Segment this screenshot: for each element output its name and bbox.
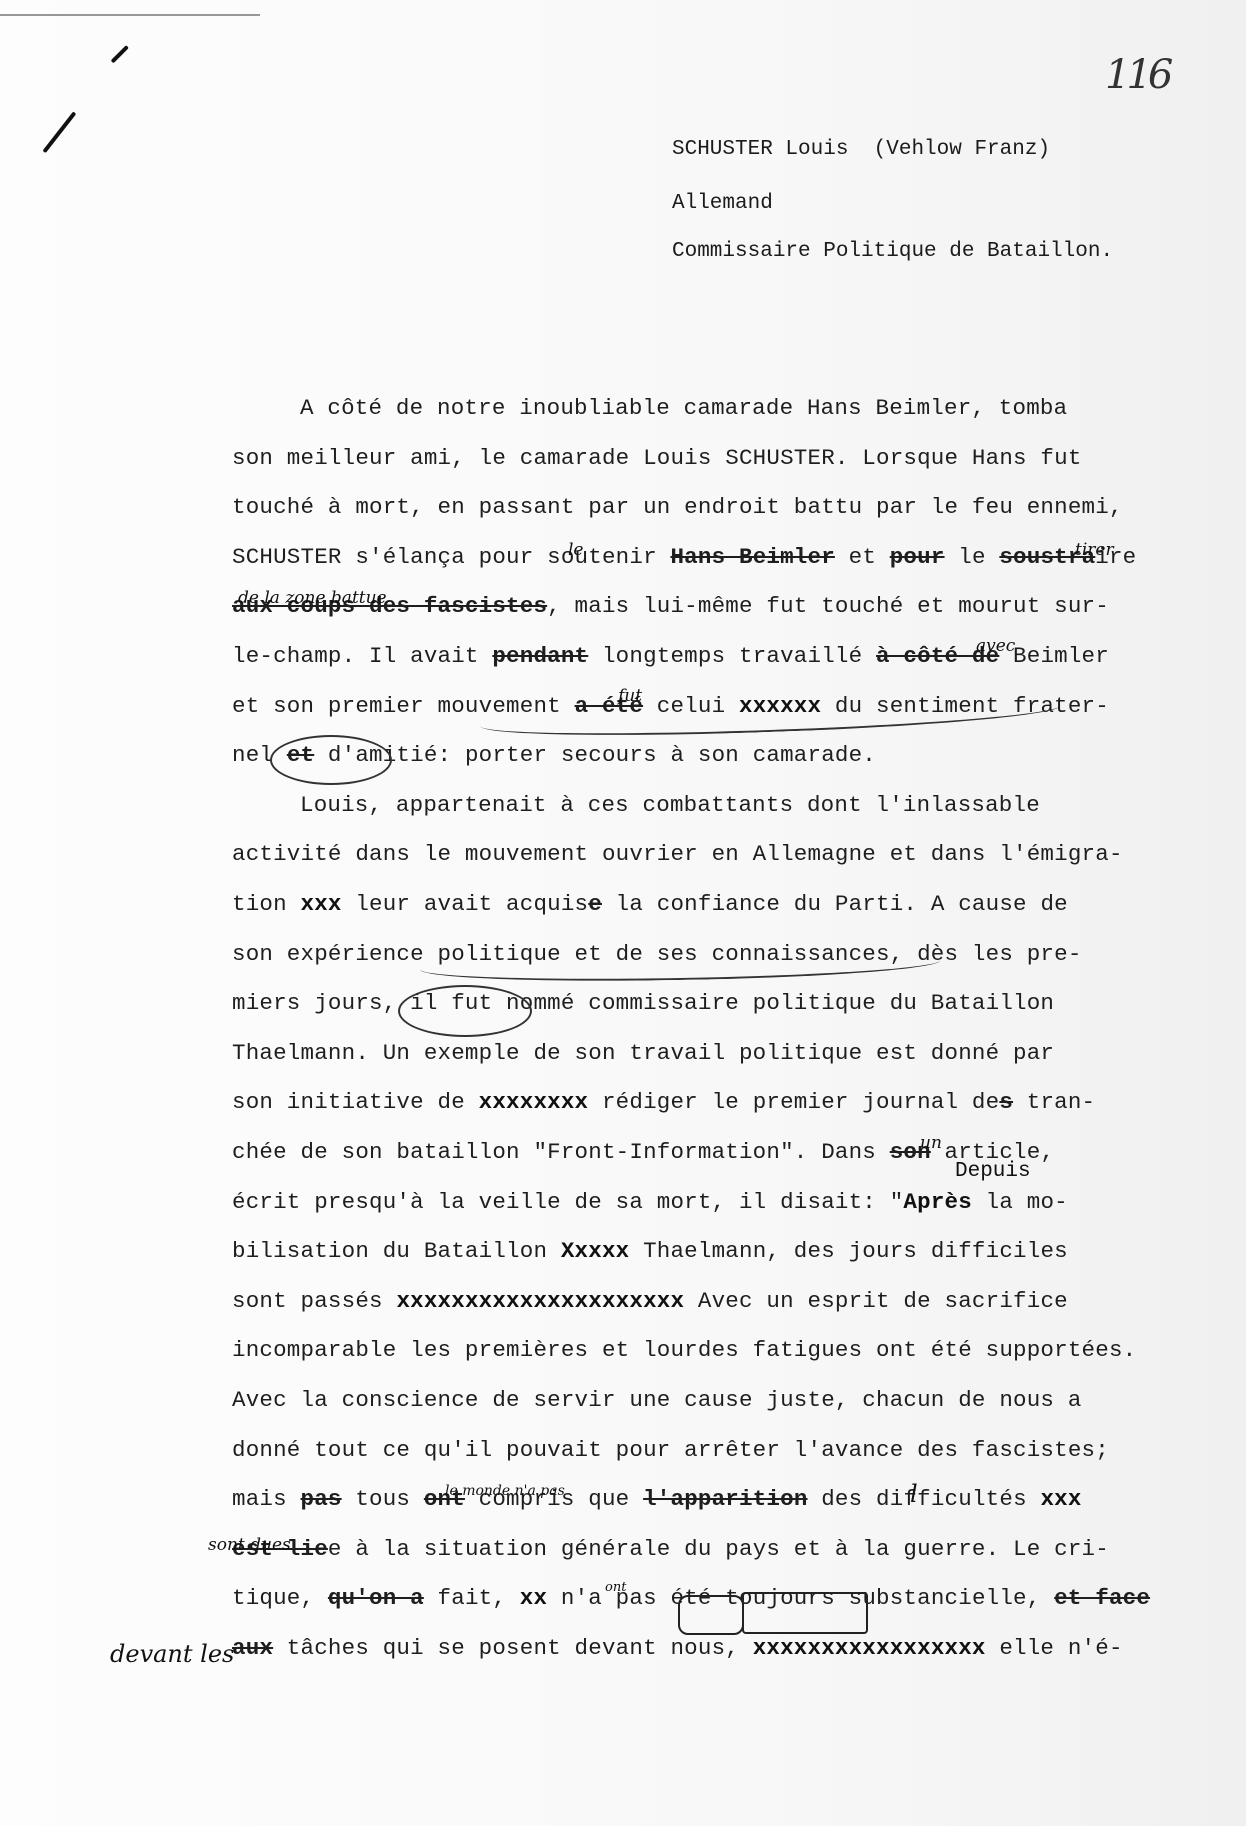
typed-text: Beimler — [999, 643, 1109, 669]
typed-text: longtemps travaillé — [588, 643, 876, 669]
typed-over-text: Après — [903, 1189, 972, 1215]
typed-text: e à la situation générale du pays et à l… — [328, 1536, 1109, 1562]
annotation-sont-dues: sont dues — [208, 1535, 291, 1555]
typed-text: incomparable les premières et lourdes fa… — [232, 1337, 1136, 1363]
typed-text: miers jours, il fut nommé commissaire po… — [232, 990, 1054, 1016]
annotation-le-monde-n-a-pas: le monde n'a pas — [445, 1483, 565, 1499]
typed-text: activité dans le mouvement ouvrier en Al… — [232, 841, 1123, 867]
body-line: son initiative de xxxxxxxx rédiger le pr… — [232, 1089, 1095, 1115]
box-toujours — [742, 1592, 868, 1634]
annotation-tirer: tirer — [1075, 540, 1114, 560]
typed-over-text: xx — [520, 1585, 547, 1611]
annotation-l: l — [910, 1480, 918, 1508]
body-line: sont passés xxxxxxxxxxxxxxxxxxxxx Avec u… — [232, 1288, 1068, 1314]
typed-over-text: xxxxxxxxxxxxxxxxxxxxx — [396, 1288, 684, 1314]
annotation-avec: avec — [976, 636, 1015, 656]
struck-text: Hans Beimler — [670, 544, 834, 570]
body-line: mais pas tous ont compris que l'appariti… — [232, 1486, 1082, 1512]
struck-text: pour — [890, 544, 945, 570]
body-line: écrit presqu'à la veille de sa mort, il … — [232, 1189, 1068, 1215]
typed-text: son initiative de — [232, 1089, 479, 1115]
typed-text: Thaelmann, des jours difficiles — [629, 1238, 1067, 1264]
annotation-le: le — [568, 540, 584, 560]
typed-text: bilisation du Bataillon — [232, 1238, 561, 1264]
page-number: 116 — [1105, 52, 1169, 98]
typed-text: tran- — [1013, 1089, 1095, 1115]
body-line: bilisation du Bataillon Xxxxx Thaelmann,… — [232, 1238, 1068, 1264]
annotation-de-la-zone-battue: de la zone battue — [238, 588, 387, 608]
annotation-fut: fut — [618, 686, 642, 706]
body-line: Thaelmann. Un exemple de son travail pol… — [232, 1040, 1054, 1066]
circle-d-amitie — [270, 735, 392, 785]
typed-text: Thaelmann. Un exemple de son travail pol… — [232, 1040, 1054, 1066]
typed-text: tique, — [232, 1585, 328, 1611]
body-line: SCHUSTER s'élança pour soutenir Hans Bei… — [232, 544, 1136, 570]
annotation-ont: ont — [605, 1580, 626, 1595]
body-line: activité dans le mouvement ouvrier en Al… — [232, 841, 1123, 867]
typed-text: la confiance du Parti. A cause de — [602, 891, 1068, 917]
typed-text: des difficultés — [808, 1486, 1041, 1512]
typed-text: Avec la conscience de servir une cause j… — [232, 1387, 1082, 1413]
typed-text: A côté de notre inoubliable camarade Han… — [300, 395, 1067, 421]
typed-text: la mo- — [972, 1189, 1068, 1215]
struck-text: pendant — [492, 643, 588, 669]
typed-text: elle n'é- — [986, 1635, 1123, 1661]
body-line: miers jours, il fut nommé commissaire po… — [232, 990, 1054, 1016]
annotation-devant-les: devant les — [110, 1640, 234, 1668]
typed-text: leur avait acquis — [342, 891, 589, 917]
typed-text: d'amitié: porter secours à son camarade. — [314, 742, 876, 768]
typed-text: donné tout ce qu'il pouvait pour arrêter… — [232, 1437, 1109, 1463]
typed-text: , mais lui-même fut touché et mourut sur… — [547, 593, 1109, 619]
body-line: incomparable les premières et lourdes fa… — [232, 1337, 1136, 1363]
typed-text: sont passés — [232, 1288, 396, 1314]
body-line: Avec la conscience de servir une cause j… — [232, 1387, 1082, 1413]
typed-text: écrit presqu'à la veille de sa mort, il … — [232, 1189, 903, 1215]
scan-edge-line — [0, 14, 260, 16]
typed-text: rédiger le premier journal de — [588, 1089, 999, 1115]
typed-text: et — [835, 544, 890, 570]
typed-text: tous — [342, 1486, 424, 1512]
body-line: son meilleur ami, le camarade Louis SCHU… — [232, 445, 1082, 471]
typed-text: touché à mort, en passant par un endroit… — [232, 494, 1123, 520]
struck-text: et face — [1054, 1585, 1150, 1611]
struck-text: e — [588, 891, 602, 917]
typed-text: tâches qui se posent devant nous, — [273, 1635, 753, 1661]
body-line: Louis, appartenait à ces combattants don… — [300, 792, 1040, 818]
struck-text: s — [999, 1089, 1013, 1115]
typed-over-text: xxx — [1040, 1486, 1081, 1512]
heading-name: SCHUSTER Louis (Vehlow Franz) — [672, 138, 1050, 161]
typed-text: le — [945, 544, 1000, 570]
heading-role: Commissaire Politique de Bataillon. — [672, 240, 1113, 263]
pen-mark-slash — [42, 111, 76, 153]
typed-text: Avec un esprit de sacrifice — [684, 1288, 1068, 1314]
typed-text: Louis, appartenait à ces combattants don… — [300, 792, 1040, 818]
struck-text: qu'on a — [328, 1585, 424, 1611]
annotation-depuis: Depuis — [955, 1160, 1031, 1183]
struck-text: pas — [301, 1486, 342, 1512]
body-line: A côté de notre inoubliable camarade Han… — [300, 395, 1067, 421]
typed-over-text: xxxxxxxx — [479, 1089, 589, 1115]
struck-text: l'apparition — [643, 1486, 807, 1512]
body-line: est liee à la situation générale du pays… — [232, 1536, 1109, 1562]
heading-nationality: Allemand — [672, 192, 773, 215]
typed-over-text: Xxxxx — [561, 1238, 630, 1264]
scanned-page: 116 SCHUSTER Louis (Vehlow Franz) Allema… — [0, 0, 1246, 1826]
typed-text: tion — [232, 891, 301, 917]
pen-mark-top — [111, 45, 129, 63]
typed-over-text: xxx — [301, 891, 342, 917]
typed-text: fait, — [424, 1585, 520, 1611]
typed-over-text: xxxxxxxxxxxxxxxxx — [753, 1635, 986, 1661]
box-ete — [678, 1595, 744, 1635]
annotation-un: un — [920, 1133, 942, 1153]
body-line: donné tout ce qu'il pouvait pour arrêter… — [232, 1437, 1109, 1463]
typed-text: son meilleur ami, le camarade Louis SCHU… — [232, 445, 1082, 471]
typed-text: SCHUSTER s'élança pour — [232, 544, 547, 570]
circle-il-fut — [398, 985, 532, 1037]
body-line: tion xxx leur avait acquise la confiance… — [232, 891, 1068, 917]
body-line: aux tâches qui se posent devant nous, xx… — [232, 1635, 1123, 1661]
typed-text: mais — [232, 1486, 301, 1512]
typed-text: soutenir — [547, 544, 670, 570]
body-line: touché à mort, en passant par un endroit… — [232, 494, 1123, 520]
typed-text: chée de son bataillon "Front-Information… — [232, 1139, 890, 1165]
struck-text: aux — [232, 1635, 273, 1661]
typed-text: le-champ. Il avait — [232, 643, 492, 669]
